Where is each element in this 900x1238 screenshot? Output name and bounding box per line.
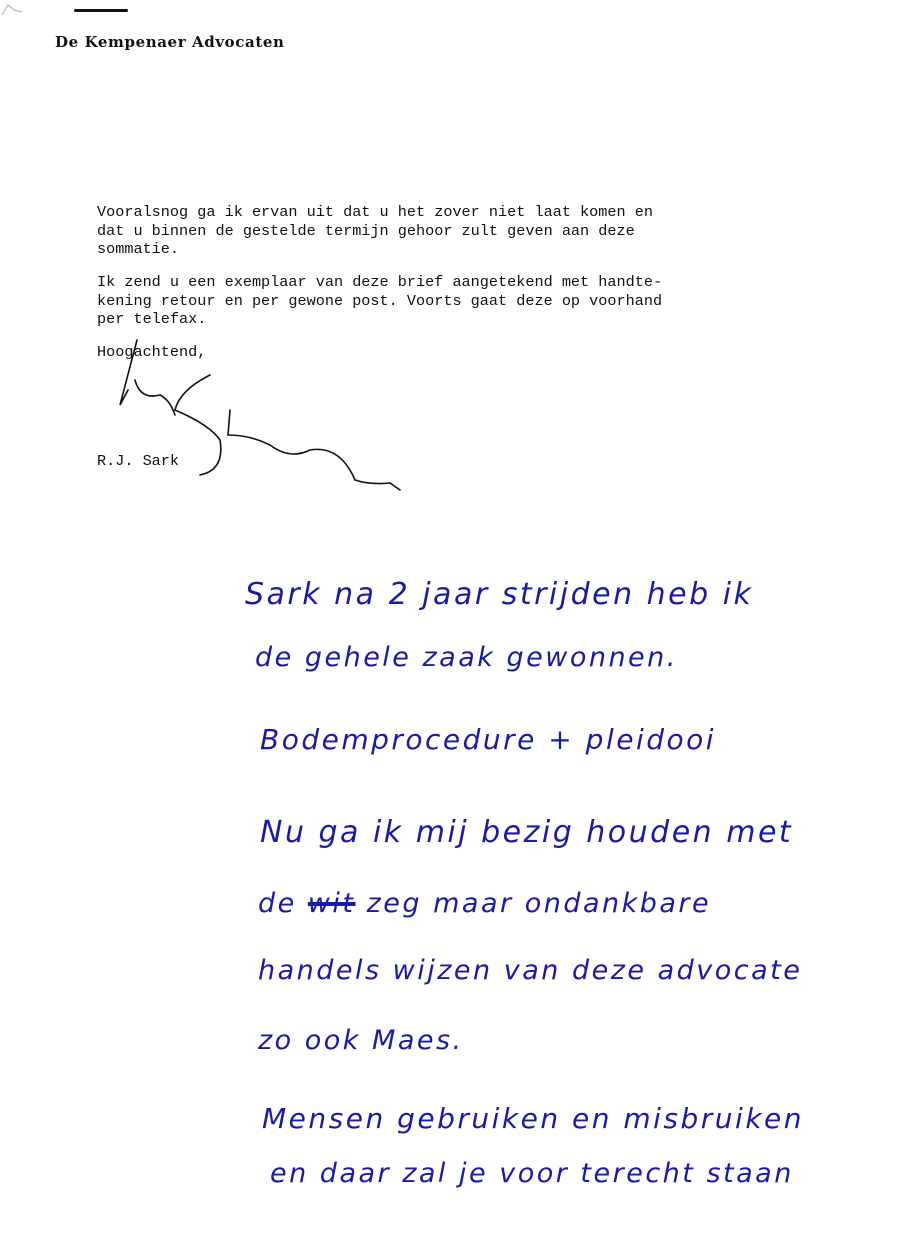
handwritten-line: Sark na 2 jaar strijden heb ik xyxy=(245,577,753,612)
handwritten-line: de gehele zaak gewonnen. xyxy=(255,642,678,673)
letterhead-firm-name: De Kempenaer Advocaten xyxy=(55,33,285,51)
scan-corner-mark xyxy=(0,0,40,20)
letter-paragraph: Ik zend u een exemplaar van deze brief a… xyxy=(97,273,662,329)
handwritten-line: Mensen gebruiken en misbruiken xyxy=(262,1102,804,1135)
handwritten-line: en daar zal je voor terecht staan xyxy=(270,1158,794,1189)
handwritten-line: Bodemprocedure + pleidooi xyxy=(260,723,716,756)
handwritten-word: zeg maar ondankbare xyxy=(367,888,712,919)
handwritten-line: de wit zeg maar ondankbare xyxy=(258,888,711,919)
signature-scribble xyxy=(110,335,410,495)
header-rule xyxy=(74,9,128,12)
letter-signer: R.J. Sark xyxy=(97,452,179,470)
handwritten-line: Nu ga ik mij bezig houden met xyxy=(260,815,793,850)
handwritten-line: handels wijzen van deze advocate xyxy=(258,955,802,986)
handwritten-line: zo ook Maes. xyxy=(258,1025,464,1056)
letter-paragraph: Vooralsnog ga ik ervan uit dat u het zov… xyxy=(97,203,653,259)
crossed-out-word: wit xyxy=(308,888,356,919)
handwritten-word: de xyxy=(258,888,297,919)
